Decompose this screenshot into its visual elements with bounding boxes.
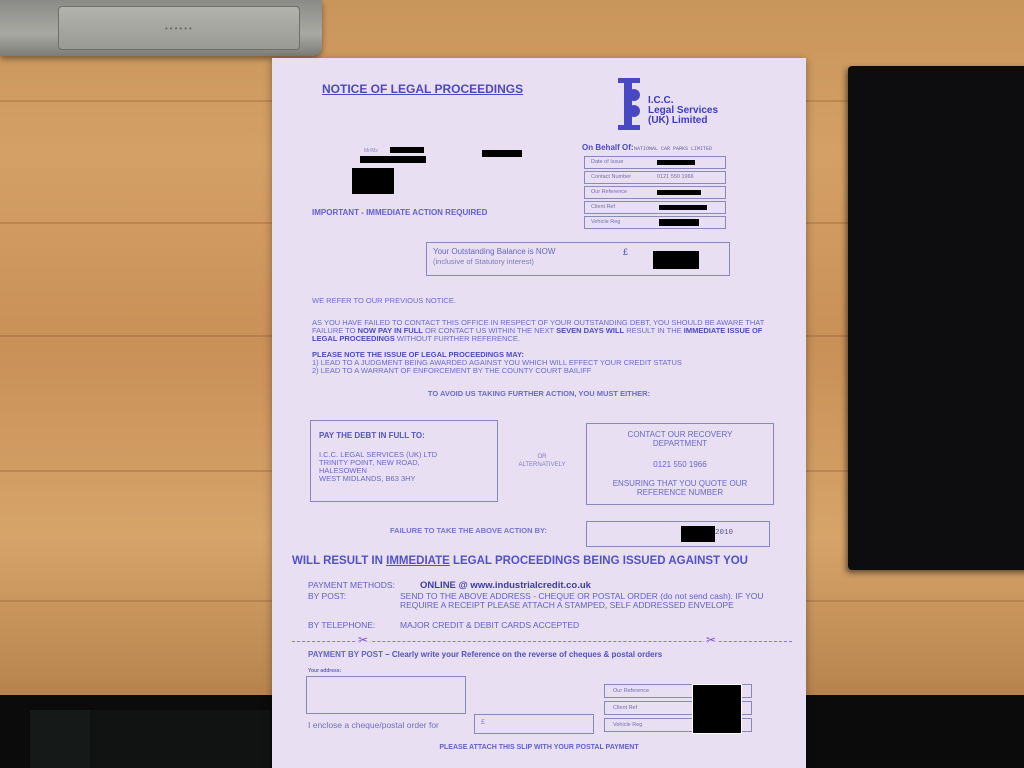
by-post-label: BY POST:: [308, 592, 346, 601]
info-row-our-reference: Our Reference: [584, 186, 726, 199]
floor-panel: [30, 710, 90, 768]
redacted-address-block: [352, 168, 394, 194]
legal-proceedings-warning: WILL RESULT IN IMMEDIATE LEGAL PROCEEDIN…: [292, 555, 748, 567]
by-telephone-text: MAJOR CREDIT & DEBIT CARDS ACCEPTED: [400, 621, 780, 630]
redacted-date: [657, 160, 695, 165]
enclose-label: I enclose a cheque/postal order for: [308, 720, 439, 730]
attach-slip-note: PLEASE ATTACH THIS SLIP WITH YOUR POSTAL…: [272, 744, 806, 751]
slip-row-label: Vehicle Reg: [613, 722, 642, 728]
consequence-item: 2) LEAD TO A WARRANT OF ENFORCEMENT BY T…: [312, 367, 782, 375]
company-name: I.C.C. Legal Services (UK) Limited: [648, 96, 718, 126]
balance-sublabel: (inclusive of Statutory interest): [433, 257, 534, 266]
contact-phone: 0121 550 1966: [587, 460, 773, 469]
text-run: RESULT IN THE: [624, 326, 684, 335]
info-label: Date of Issue: [591, 159, 623, 165]
previous-notice-text: WE REFER TO OUR PREVIOUS NOTICE.: [312, 297, 782, 305]
contact-line: CONTACT OUR RECOVERY: [587, 430, 773, 439]
logo-line-3: (UK) Limited: [648, 116, 718, 126]
by-telephone-label: BY TELEPHONE:: [308, 621, 375, 630]
options-heading: TO AVOID US TAKING FURTHER ACTION, YOU M…: [272, 389, 806, 398]
deadline-label: FAILURE TO TAKE THE ABOVE ACTION BY:: [390, 526, 547, 535]
redacted-client-ref: [659, 205, 707, 210]
text-run: WITHOUT FURTHER REFERENCE.: [395, 334, 520, 343]
text-run: LEGAL PROCEEDINGS BEING ISSUED AGAINST Y…: [450, 555, 748, 567]
pay-box-heading: PAY THE DEBT IN FULL TO:: [319, 431, 425, 440]
laptop-vent-icon: ••••••: [165, 24, 194, 33]
contact-line: REFERENCE NUMBER: [587, 488, 773, 497]
salutation: Mr/Ms: [364, 148, 378, 154]
laptop-corner: ••••••: [0, 0, 322, 56]
address-line: WEST MIDLANDS, B63 3HY: [319, 475, 437, 483]
on-behalf-value: NATIONAL CAR PARKS LIMITED: [634, 146, 712, 152]
text-run: – Clearly write your Reference on the re…: [383, 650, 662, 659]
or-alternatively: OR ALTERNATIVELY: [500, 453, 584, 469]
contact-recovery-box: CONTACT OUR RECOVERY DEPARTMENT 0121 550…: [586, 423, 774, 505]
info-label: Our Reference: [591, 189, 627, 195]
text-run: WILL RESULT IN: [292, 555, 386, 567]
redacted-name: [390, 147, 424, 153]
outstanding-balance-box: Your Outstanding Balance is NOW (inclusi…: [426, 242, 730, 276]
your-address-field[interactable]: [306, 676, 466, 714]
floor-panel: [90, 710, 270, 768]
payment-slip-heading: PAYMENT BY POST – Clearly write your Ref…: [308, 650, 662, 659]
your-address-label: Your address:: [308, 668, 341, 674]
slip-row-label: Client Ref: [613, 705, 637, 711]
document-title: NOTICE OF LEGAL PROCEEDINGS: [322, 82, 523, 96]
currency-symbol: £: [623, 247, 628, 257]
icc-logo-icon: [618, 78, 646, 130]
currency-symbol: £: [481, 719, 485, 726]
redacted-reference: [657, 190, 701, 195]
amount-field[interactable]: £: [474, 714, 594, 734]
alternatively-label: ALTERNATIVELY: [500, 461, 584, 469]
deadline-box: 2010: [586, 521, 770, 547]
info-value: 0121 550 1966: [657, 174, 694, 180]
payment-methods-label: PAYMENT METHODS:: [308, 581, 395, 590]
company-logo: I.C.C. Legal Services (UK) Limited: [618, 78, 738, 132]
payment-address: I.C.C. LEGAL SERVICES (UK) LTD TRINITY P…: [319, 451, 437, 483]
text-run-bold: SEVEN DAYS WILL: [556, 326, 624, 335]
redacted-balance: [653, 251, 699, 269]
slip-row-label: Our Reference: [613, 688, 649, 694]
black-mouse-pad: [848, 66, 1024, 570]
on-behalf-label: On Behalf Of:: [582, 143, 634, 152]
contact-line: ENSURING THAT YOU QUOTE OUR: [587, 479, 773, 488]
deadline-year: 2010: [715, 529, 733, 537]
balance-label: Your Outstanding Balance is NOW: [433, 247, 555, 256]
scissors-icon: ✂: [356, 633, 370, 647]
redacted-address-line: [360, 156, 426, 163]
cut-here-line: ✂ ✂: [292, 641, 792, 642]
info-row-vehicle-reg: Vehicle Reg: [584, 216, 726, 229]
text-run: PAYMENT BY POST: [308, 650, 383, 659]
redacted-account: [482, 150, 522, 157]
important-notice: IMPORTANT - IMMEDIATE ACTION REQUIRED: [312, 208, 487, 217]
scissors-icon: ✂: [704, 633, 718, 647]
pay-in-full-box: PAY THE DEBT IN FULL TO: I.C.C. LEGAL SE…: [310, 420, 498, 502]
emphasis-immediate: IMMEDIATE: [386, 555, 450, 567]
info-label: Client Ref: [591, 204, 615, 210]
warning-paragraph: AS YOU HAVE FAILED TO CONTACT THIS OFFIC…: [312, 319, 782, 343]
or-label: OR: [500, 453, 584, 461]
info-row-date-of-issue: Date of Issue: [584, 156, 726, 169]
redacted-vehicle-reg: [659, 219, 699, 226]
info-row-client-ref: Client Ref: [584, 201, 726, 214]
info-row-contact-number: Contact Number 0121 550 1966: [584, 171, 726, 184]
by-post-text: SEND TO THE ABOVE ADDRESS - CHEQUE OR PO…: [400, 592, 780, 610]
info-label: Contact Number: [591, 174, 631, 180]
online-payment-url: ONLINE @ www.industrialcredit.co.uk: [420, 581, 591, 590]
redacted-slip-references: [692, 684, 742, 734]
contact-line: DEPARTMENT: [587, 439, 773, 448]
consequences-list: PLEASE NOTE THE ISSUE OF LEGAL PROCEEDIN…: [312, 351, 782, 375]
redacted-deadline-date: [681, 526, 715, 542]
info-label: Vehicle Reg: [591, 219, 620, 225]
legal-notice-letter: NOTICE OF LEGAL PROCEEDINGS I.C.C. Legal…: [272, 58, 806, 768]
